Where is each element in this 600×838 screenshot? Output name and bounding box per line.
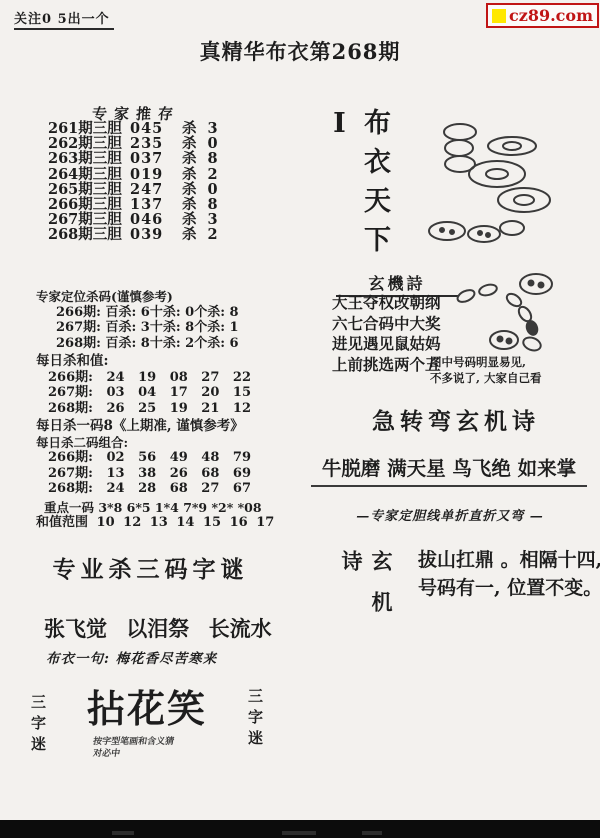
dan-period: 266期三胆 — [48, 197, 130, 212]
expert-dash-line: —专家定胆线单折直折又弯 — — [320, 505, 580, 524]
dan-code: 019 — [130, 167, 182, 182]
dan-code: 046 — [130, 212, 182, 227]
final-poem-text: 拔山扛鼎 。相隔十四, 号码有一, 位置不变。 — [418, 546, 600, 666]
coins-doodle-icon — [412, 118, 554, 250]
sum-range-line: 和值范围 10 12 13 14 15 16 17 — [36, 515, 311, 531]
doodle-caption-line: 图中号码明显易见, — [430, 355, 542, 371]
three-char-label-right: 三字迷 — [245, 688, 266, 760]
daily-sum-kill-title: 每日杀和值: — [36, 354, 311, 370]
table-row: 263期三胆037杀 8 — [48, 151, 234, 166]
final-poem-line: 号码有一, 位置不变。 — [418, 574, 600, 602]
table-row: 265期三胆247杀 0 — [48, 182, 234, 197]
table-row: 261期三胆045杀 3 — [48, 121, 234, 136]
dan-code: 247 — [130, 182, 182, 197]
daily-two-kill-row: 266期: 02 56 49 48 79 — [36, 450, 311, 466]
doodle-caption: 图中号码明显易见, 不多说了, 大家自己看 — [430, 355, 542, 386]
xuanji-vertical-label: 玄机诗 — [336, 546, 396, 666]
xuanji-poem: 大王夺权改朝纲 六七合码中大奖 进见遇见鼠姑妈 上前挑选两个五 — [332, 293, 441, 375]
table-row: 268期三胆039杀 2 — [48, 227, 234, 242]
three-char-big-text: 拈花笑 — [87, 686, 207, 731]
buyi-tianxia-vertical-title: 布衣天下Ⅰ — [324, 108, 394, 288]
dan-code: 045 — [130, 121, 182, 136]
position-kill-row: 268期: 百杀: 8十杀: 2个杀: 6 — [36, 336, 311, 352]
poem-line: 上前挑选两个五 — [332, 355, 441, 376]
dan-code: 037 — [130, 151, 182, 166]
dan-period: 262期三胆 — [48, 136, 130, 151]
site-logo[interactable]: cz89.com — [486, 3, 599, 28]
poem-line: 六七合码中大奖 — [332, 314, 441, 335]
riddle-title: 专业杀三码字谜 — [38, 551, 263, 584]
turn-poem-title: 急转弯玄机诗 — [330, 403, 582, 436]
dan-kill: 杀 3 — [182, 121, 234, 136]
logo-text: cz89.com — [509, 6, 593, 25]
page-title: 真精华布衣第268期 — [0, 36, 600, 66]
dan-code: 137 — [130, 197, 182, 212]
dan-period: 261期三胆 — [48, 121, 130, 136]
dan-kill: 杀 0 — [182, 182, 234, 197]
three-char-label-left: 三字迷 — [28, 688, 49, 760]
bottom-bar — [0, 820, 600, 838]
doodle-caption-line: 不多说了, 大家自己看 — [430, 371, 542, 387]
daily-two-kill-row: 267期: 13 38 26 68 69 — [36, 466, 311, 482]
top-note: 关注0 5出一个 — [14, 8, 114, 30]
daily-two-kill-row: 268期: 24 28 68 27 67 — [36, 481, 311, 497]
position-kill-title: 专家定位杀码(谨慎参考) — [36, 289, 311, 305]
table-row: 266期三胆137杀 8 — [48, 197, 234, 212]
dan-period: 268期三胆 — [48, 227, 130, 242]
three-char-center: 拈花笑 按字型笔画和含义猜 对必中 — [87, 688, 207, 760]
numbers-doodle-icon — [452, 270, 564, 356]
daily-one-kill-line: 每日杀一码8《上期准, 谨慎参考》 — [36, 419, 311, 435]
table-row: 264期三胆019杀 2 — [48, 167, 234, 182]
position-kill-row: 266期: 百杀: 6十杀: 0个杀: 8 — [36, 305, 311, 321]
daily-sum-kill-row: 266期: 24 19 08 27 22 — [36, 370, 311, 386]
buyi-sentence: 布衣一句: 梅花香尽苦寒来 — [46, 647, 217, 667]
dan-kill: 杀 2 — [182, 167, 234, 182]
bar-smudge — [282, 831, 316, 835]
three-char-note-2: 对必中 — [92, 748, 208, 760]
dan-period: 263期三胆 — [48, 151, 130, 166]
dan-kill: 杀 8 — [182, 197, 234, 212]
kill-sections: 专家定位杀码(谨慎参考) 266期: 百杀: 6十杀: 0个杀: 8 267期:… — [36, 289, 311, 531]
dan-kill: 杀 2 — [182, 227, 234, 242]
dan-code: 235 — [130, 136, 182, 151]
lottery-sheet: 关注0 5出一个 cz89.com 真精华布衣第268期 专家推存 261期三胆… — [0, 0, 600, 838]
dan-period: 264期三胆 — [48, 167, 130, 182]
key-code-line: 重点一码 3*8 6*5 1*4 7*9 *2* *08 — [36, 500, 311, 516]
poem-line: 大王夺权改朝纲 — [332, 293, 441, 314]
dan-period: 267期三胆 — [48, 212, 130, 227]
position-kill-row: 267期: 百杀: 3十杀: 8个杀: 1 — [36, 320, 311, 336]
riddle-line: 张飞觉 以泪祭 长流水 — [44, 613, 272, 643]
dan-kill: 杀 8 — [182, 151, 234, 166]
dan-period: 265期三胆 — [48, 182, 130, 197]
bar-smudge — [112, 831, 134, 835]
final-poem-block: 玄机诗 拔山扛鼎 。相隔十四, 号码有一, 位置不变。 — [336, 546, 600, 666]
dan-code: 039 — [130, 227, 182, 242]
daily-sum-kill-row: 268期: 26 25 19 21 12 — [36, 401, 311, 417]
turn-poem-line: 牛脱磨 满天星 鸟飞绝 如来掌 — [311, 453, 587, 487]
dan-table: 261期三胆045杀 3 262期三胆235杀 0 263期三胆037杀 8 2… — [48, 121, 234, 243]
three-char-note-1: 按字型笔画和含义猜 — [92, 736, 208, 748]
logo-square-icon — [492, 9, 506, 23]
bar-smudge — [362, 831, 382, 835]
daily-two-kill-title: 每日杀二码组合: — [36, 435, 311, 451]
final-poem-line: 拔山扛鼎 。相隔十四, — [418, 546, 600, 574]
poem-line: 进见遇见鼠姑妈 — [332, 334, 441, 355]
three-char-riddle: 三字迷 拈花笑 按字型笔画和含义猜 对必中 三字迷 — [28, 688, 266, 760]
daily-sum-kill-row: 267期: 03 04 17 20 15 — [36, 385, 311, 401]
